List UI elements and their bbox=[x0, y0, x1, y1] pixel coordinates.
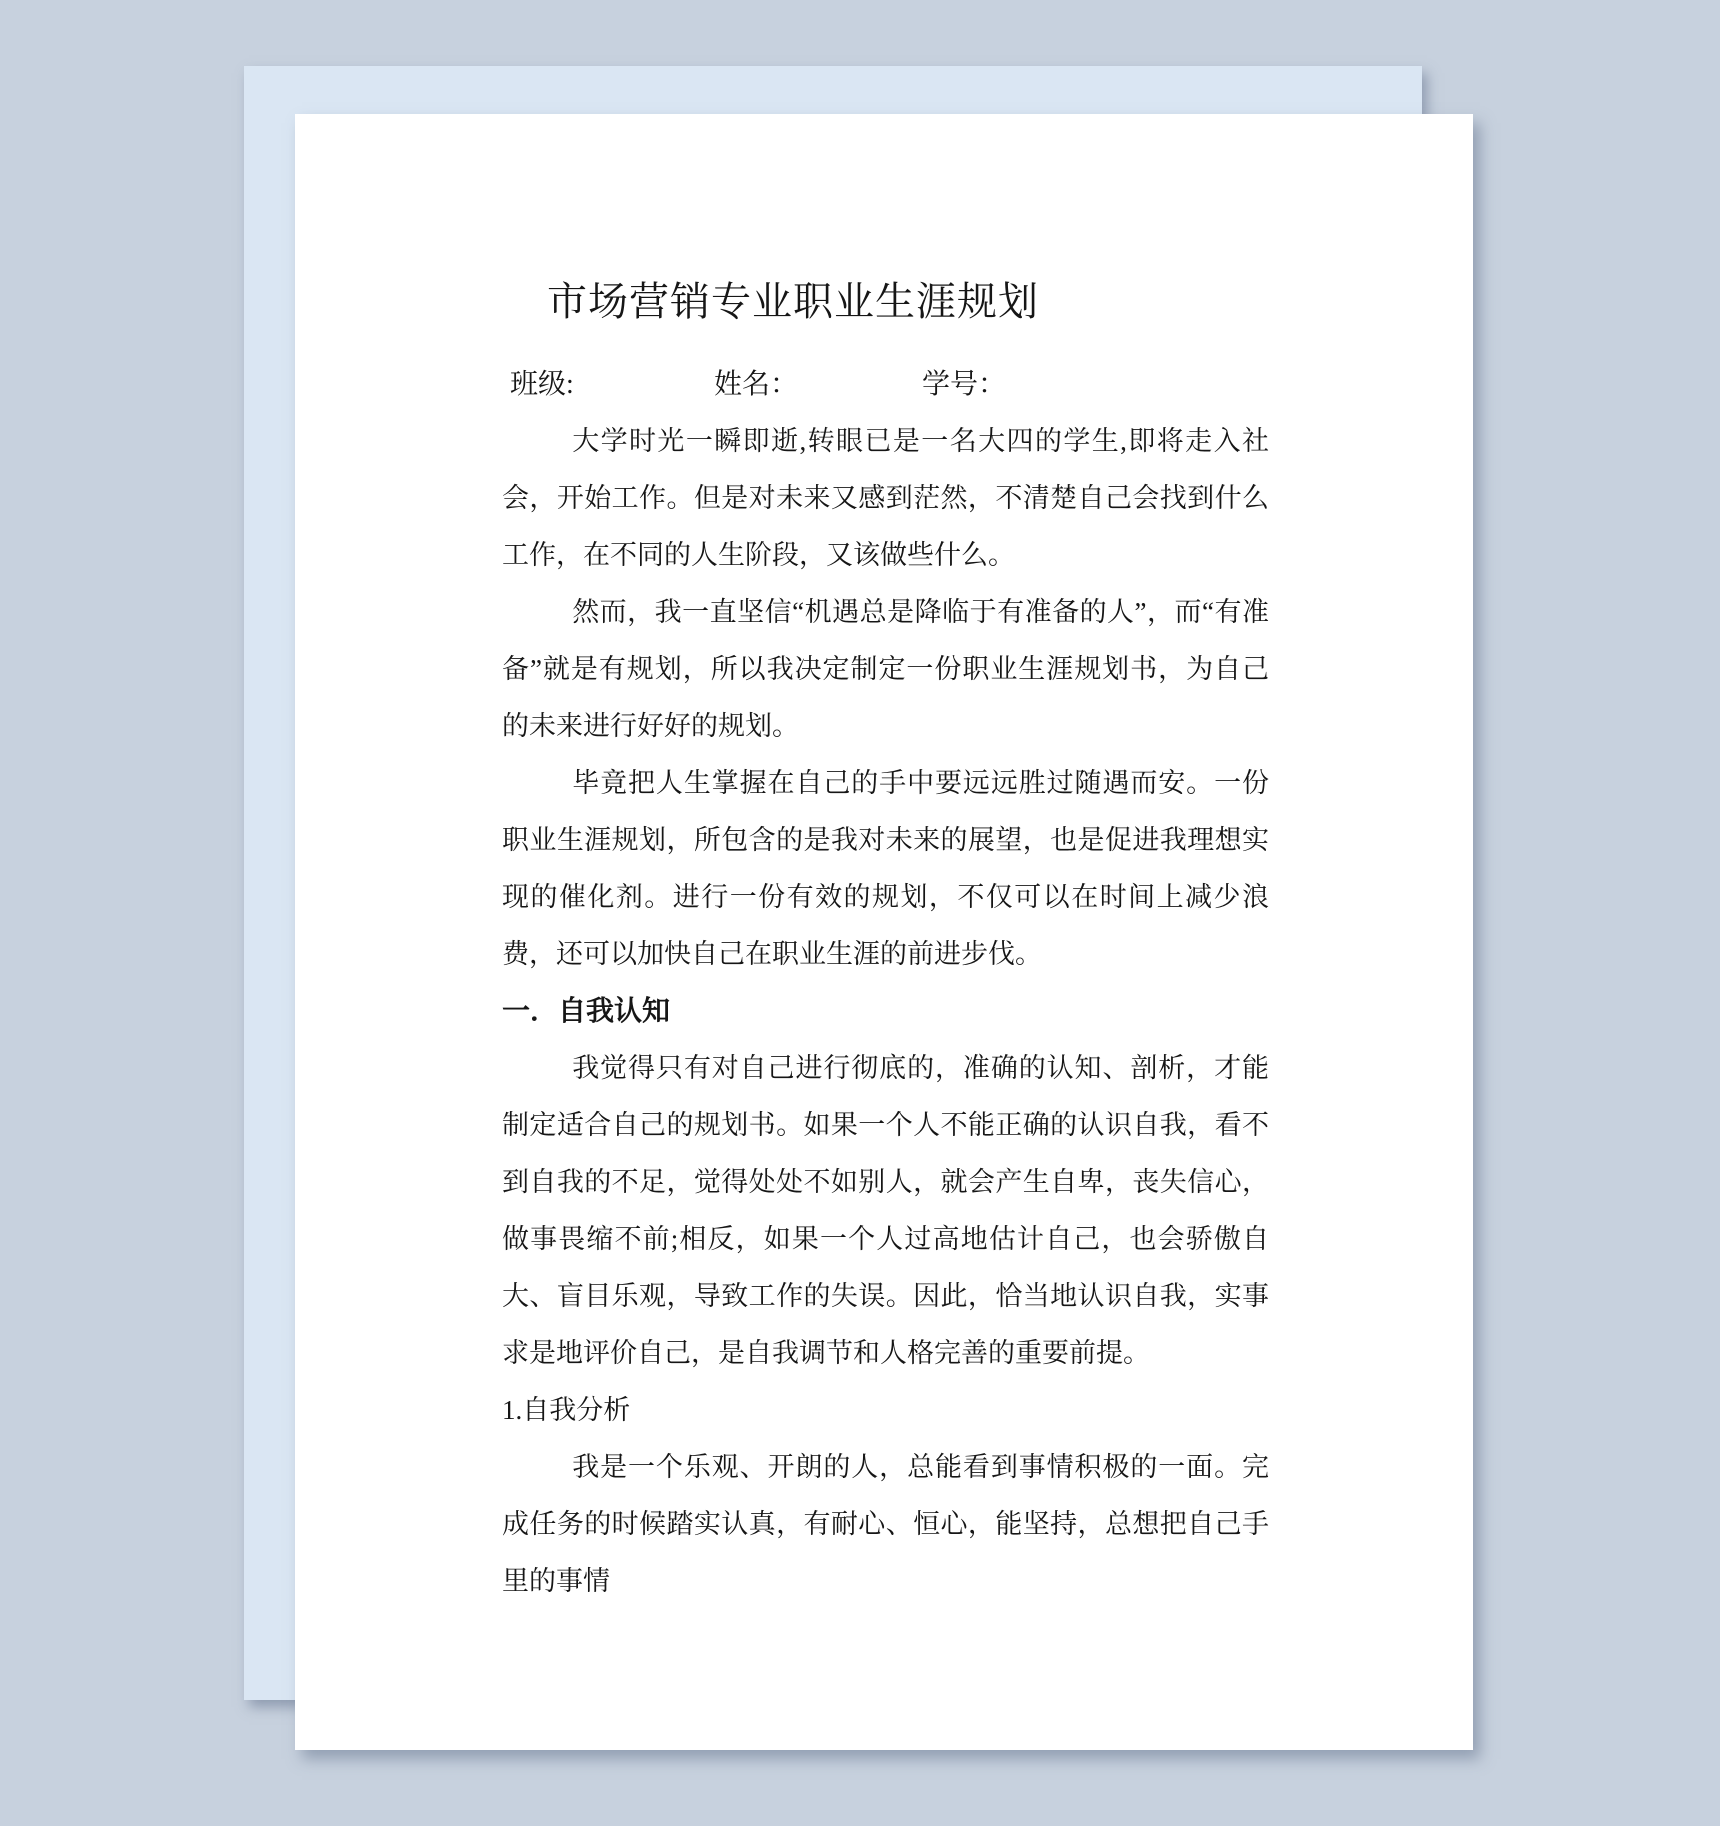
paragraph-intro-3: 毕竟把人生掌握在自己的手中要远远胜过随遇而安。一份职业生涯规划，所包含的是我对未… bbox=[502, 755, 1269, 983]
document-title: 市场营销专业职业生涯规划 bbox=[502, 272, 1269, 332]
section-heading-self-cognition: 一．自我认知 bbox=[502, 983, 1269, 1040]
student-id-field-label: 学号： bbox=[922, 356, 1006, 413]
document-content: 市场营销专业职业生涯规划 班级: 姓名： 学号： 大学时光一瞬即逝,转眼已是一名… bbox=[502, 272, 1269, 1610]
paragraph-self-analysis: 我是一个乐观、开朗的人，总能看到事情积极的一面。完成任务的时候踏实认真，有耐心、… bbox=[502, 1439, 1269, 1610]
class-field-label: 班级: bbox=[510, 356, 574, 413]
paragraph-intro-1: 大学时光一瞬即逝,转眼已是一名大四的学生,即将走入社会，开始工作。但是对未来又感… bbox=[502, 413, 1269, 584]
document-page: 市场营销专业职业生涯规划 班级: 姓名： 学号： 大学时光一瞬即逝,转眼已是一名… bbox=[295, 114, 1473, 1750]
paragraph-intro-2: 然而，我一直坚信“机遇总是降临于有准备的人”，而“有准备”就是有规划，所以我决定… bbox=[502, 584, 1269, 755]
desktop-background: 市场营销专业职业生涯规划 班级: 姓名： 学号： 大学时光一瞬即逝,转眼已是一名… bbox=[0, 0, 1720, 1826]
paragraph-self-cognition: 我觉得只有对自己进行彻底的，准确的认知、剖析，才能制定适合自己的规划书。如果一个… bbox=[502, 1040, 1269, 1382]
name-field-label: 姓名： bbox=[714, 356, 798, 413]
subsection-heading-self-analysis: 1.自我分析 bbox=[502, 1382, 1269, 1439]
info-fields-row: 班级: 姓名： 学号： bbox=[502, 356, 1269, 413]
